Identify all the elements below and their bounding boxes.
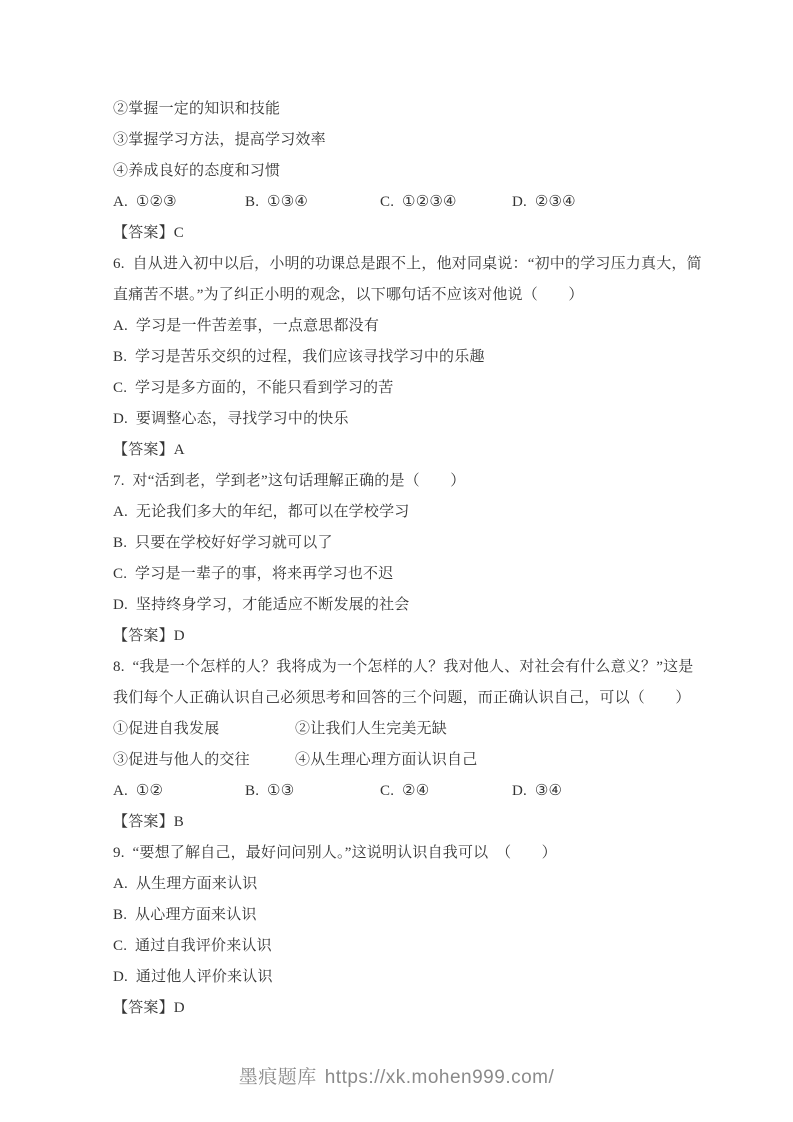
q9-option-d: D. 通过他人评价来认识: [113, 962, 723, 993]
q8-subitem-4: ④从生理心理方面认识自己: [295, 745, 477, 776]
q9-answer: 【答案】D: [113, 993, 723, 1024]
q7-answer: 【答案】D: [113, 621, 723, 652]
q5-answer: 【答案】C: [113, 218, 723, 249]
q5-option-c: C. ①②③④: [380, 187, 512, 218]
q6-option-d: D. 要调整心态，寻找学习中的快乐: [113, 404, 723, 435]
q7-option-a: A. 无论我们多大的年纪，都可以在学校学习: [113, 497, 723, 528]
q8-subitems-row-2: ③促进与他人的交往 ④从生理心理方面认识自己: [113, 745, 723, 776]
q5-options-row: A. ①②③ B. ①③④ C. ①②③④ D. ②③④: [113, 187, 723, 218]
q9-option-c: C. 通过自我评价来认识: [113, 931, 723, 962]
exam-content: ②掌握一定的知识和技能 ③掌握学习方法，提高学习效率 ④养成良好的态度和习惯 A…: [113, 94, 723, 1024]
exam-document-page: ②掌握一定的知识和技能 ③掌握学习方法，提高学习效率 ④养成良好的态度和习惯 A…: [0, 0, 793, 1122]
q6-answer: 【答案】A: [113, 435, 723, 466]
q6-option-c: C. 学习是多方面的，不能只看到学习的苦: [113, 373, 723, 404]
footer-url: https://xk.mohen999.com/: [325, 1067, 555, 1088]
q9-stem-line-1: 9. “要想了解自己，最好问问别人。”这说明认识自我可以 （ ）: [113, 838, 723, 869]
q6-stem-line-1: 6. 自从进入初中以后，小明的功课总是跟不上，他对同桌说：“初中的学习压力真大，…: [113, 249, 723, 280]
q9-option-a: A. 从生理方面来认识: [113, 869, 723, 900]
q8-subitem-2: ②让我们人生完美无缺: [295, 714, 447, 745]
q8-subitem-3: ③促进与他人的交往: [113, 745, 295, 776]
q8-subitems-row-1: ①促进自我发展 ②让我们人生完美无缺: [113, 714, 723, 745]
q8-option-a: A. ①②: [113, 776, 245, 807]
q7-stem-line-1: 7. 对“活到老，学到老”这句话理解正确的是（ ）: [113, 466, 723, 497]
q6-option-b: B. 学习是苦乐交织的过程，我们应该寻找学习中的乐趣: [113, 342, 723, 373]
q7-option-b: B. 只要在学校好好学习就可以了: [113, 528, 723, 559]
q8-option-d: D. ③④: [512, 776, 562, 807]
q8-answer: 【答案】B: [113, 807, 723, 838]
q8-stem-line-2: 我们每个人正确认识自己必须思考和回答的三个问题，而正确认识自己，可以（ ）: [113, 683, 723, 714]
q5-option-a: A. ①②③: [113, 187, 245, 218]
page-footer: 墨痕题库https://xk.mohen999.com/: [0, 1064, 793, 1092]
q5-option-b: B. ①③④: [245, 187, 380, 218]
q6-stem-line-2: 直痛苦不堪。”为了纠正小明的观念，以下哪句话不应该对他说（ ）: [113, 280, 723, 311]
q8-subitem-1: ①促进自我发展: [113, 714, 295, 745]
q5-subitem-3: ③掌握学习方法，提高学习效率: [113, 125, 723, 156]
q5-option-d: D. ②③④: [512, 187, 576, 218]
q7-option-d: D. 坚持终身学习，才能适应不断发展的社会: [113, 590, 723, 621]
q8-stem-line-1: 8. “我是一个怎样的人？我将成为一个怎样的人？我对他人、对社会有什么意义？”这…: [113, 652, 723, 683]
q5-subitem-2: ②掌握一定的知识和技能: [113, 94, 723, 125]
q8-option-c: C. ②④: [380, 776, 512, 807]
q6-option-a: A. 学习是一件苦差事，一点意思都没有: [113, 311, 723, 342]
q7-option-c: C. 学习是一辈子的事，将来再学习也不迟: [113, 559, 723, 590]
footer-site-name: 墨痕题库: [239, 1067, 317, 1088]
q8-options-row: A. ①② B. ①③ C. ②④ D. ③④: [113, 776, 723, 807]
q9-option-b: B. 从心理方面来认识: [113, 900, 723, 931]
q5-subitem-4: ④养成良好的态度和习惯: [113, 156, 723, 187]
q8-option-b: B. ①③: [245, 776, 380, 807]
